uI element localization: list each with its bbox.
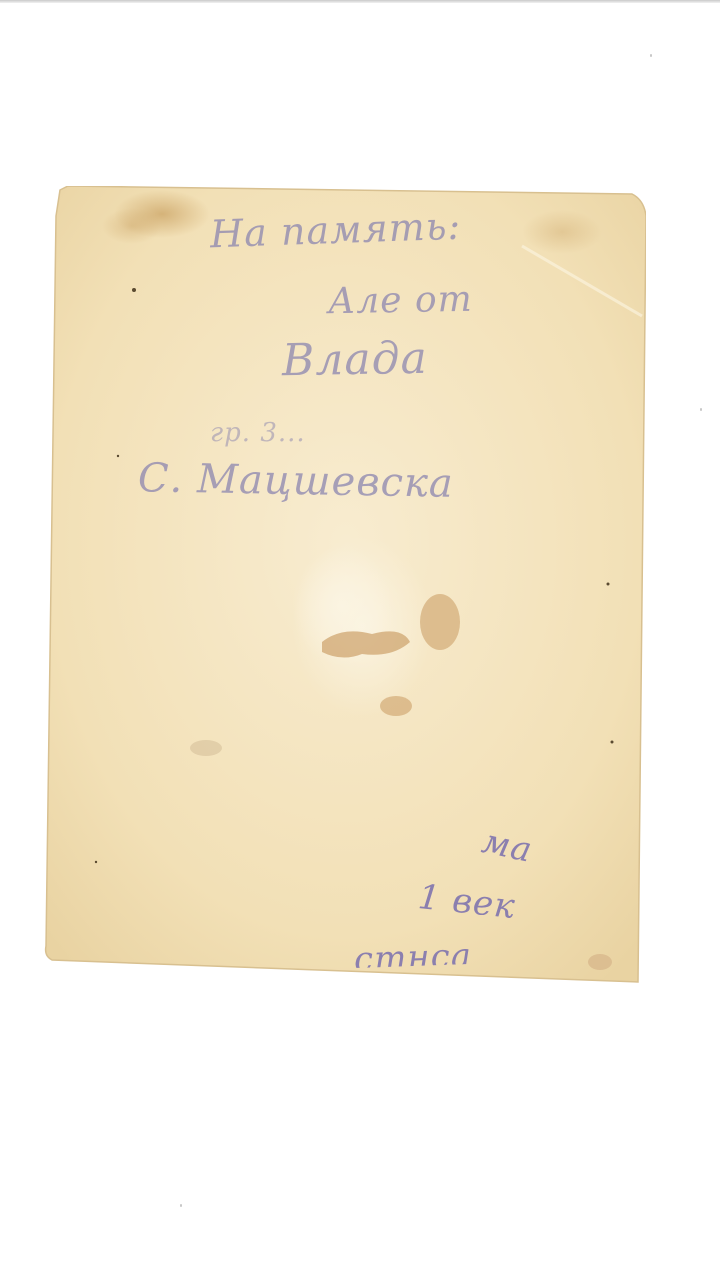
inscription-line-3: Влада (282, 333, 429, 387)
inscription-line-2: Але от (328, 279, 473, 323)
inscription-line-5: С. Мацшевска (138, 455, 454, 507)
screen-top-edge (0, 0, 720, 3)
dust-speck (700, 408, 702, 411)
inscription-line-1: На память: (209, 204, 462, 257)
dust-speck (180, 1204, 182, 1207)
inscription-line-4: гр. 3... (210, 418, 306, 448)
dust-speck (650, 54, 652, 57)
vintage-card-back: На память: Але от Влада гр. 3... С. Мацш… (42, 186, 646, 984)
